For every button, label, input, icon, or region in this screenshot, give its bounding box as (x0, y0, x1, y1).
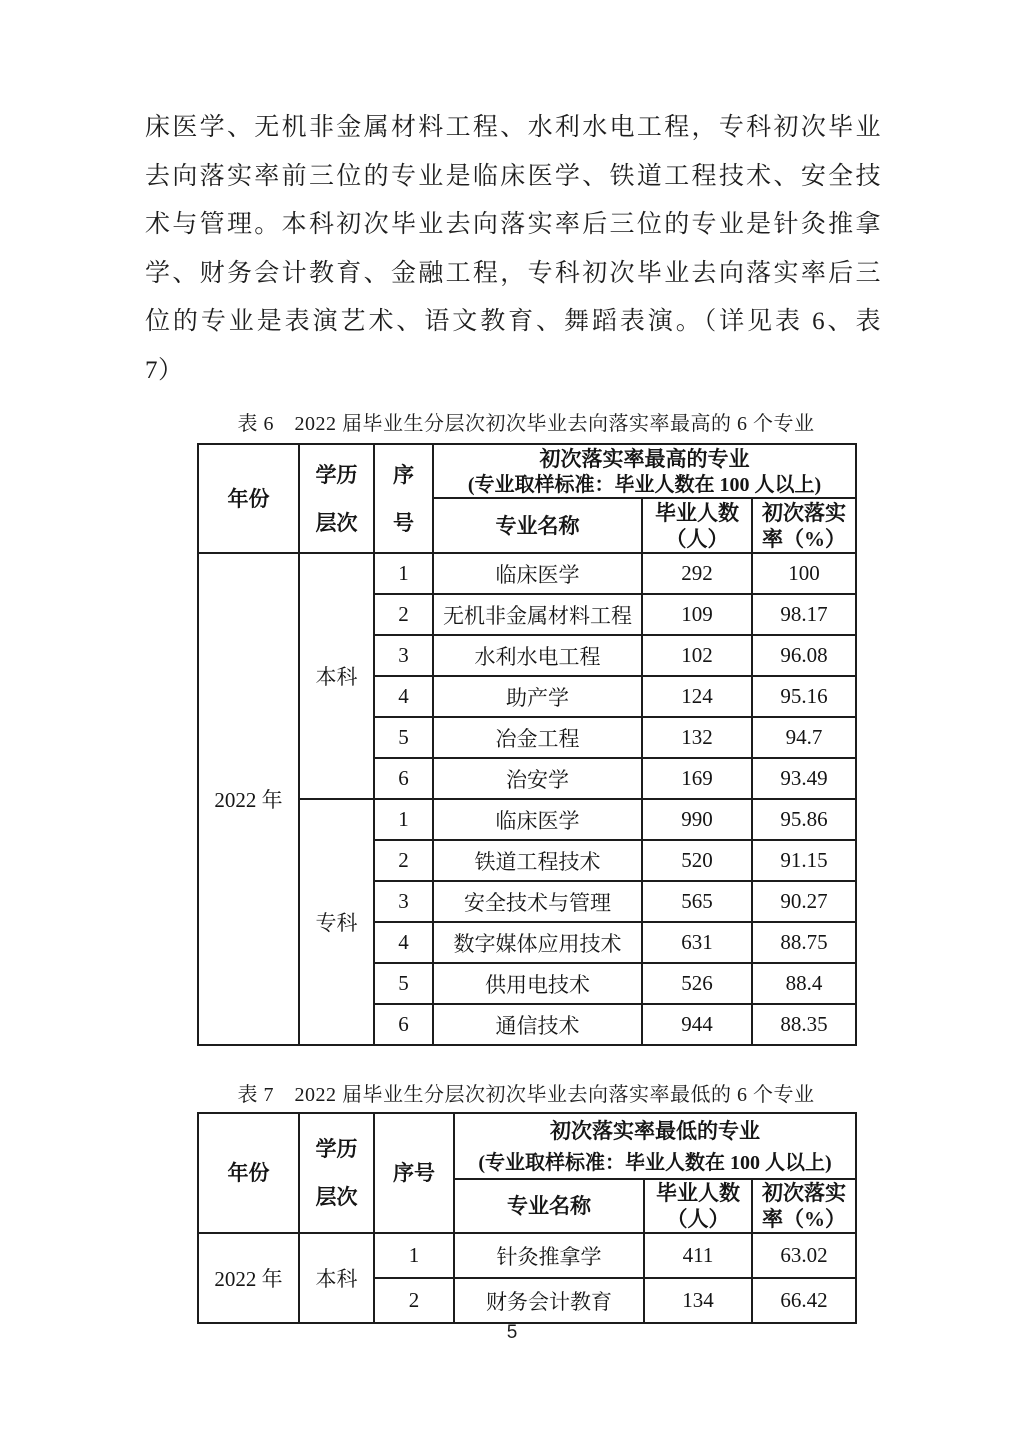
group-title-line: 初次落实率最低的专业 (455, 1114, 855, 1149)
cell-seq: 4 (374, 676, 433, 717)
table-7: 年份 学历 层次 序号 初次落实率最低的专业 (专业取样标准：毕业人数在 100… (197, 1112, 857, 1324)
header-group: 初次落实率最低的专业 (专业取样标准：毕业人数在 100 人以上) (454, 1113, 856, 1179)
cell-count: 102 (642, 635, 752, 676)
cell-seq: 3 (374, 635, 433, 676)
header-count: 毕业人数 （人） (644, 1179, 752, 1233)
cell-count: 520 (642, 840, 752, 881)
cell-count: 109 (642, 594, 752, 635)
cell-rate: 94.7 (752, 717, 856, 758)
table6-title: 表 6 2022 届毕业生分层次初次毕业去向落实率最高的 6 个专业 (197, 407, 855, 436)
table-row: 2022 年 本科 1 临床医学 292 100 (198, 553, 856, 594)
cell-seq: 1 (374, 553, 433, 594)
document-page: 床医学、无机非金属材料工程、水利水电工程，专科初次毕业 去向落实率前三位的专业是… (0, 0, 1024, 1448)
cell-major: 无机非金属材料工程 (433, 594, 642, 635)
cell-major: 数字媒体应用技术 (433, 922, 642, 963)
cell-major: 供用电技术 (433, 963, 642, 1004)
header-group: 初次落实率最高的专业 (专业取样标准：毕业人数在 100 人以上) (433, 444, 856, 498)
cell-count: 134 (644, 1278, 752, 1323)
cell-major: 临床医学 (433, 553, 642, 594)
cell-major: 临床医学 (433, 799, 642, 840)
cell-major: 通信技术 (433, 1004, 642, 1045)
header-level: 学历 层次 (299, 1113, 374, 1233)
header-level: 学历 层次 (299, 444, 374, 553)
header-seq: 序 号 (374, 444, 433, 553)
cell-major: 治安学 (433, 758, 642, 799)
header-major: 专业名称 (454, 1179, 644, 1233)
cell-count: 132 (642, 717, 752, 758)
cell-seq: 3 (374, 881, 433, 922)
cell-count: 565 (642, 881, 752, 922)
cell-rate: 95.86 (752, 799, 856, 840)
header-year: 年份 (198, 1113, 299, 1233)
header-count: 毕业人数 （人） (642, 498, 752, 553)
cell-year: 2022 年 (198, 553, 299, 1045)
cell-rate: 100 (752, 553, 856, 594)
cell-count: 169 (642, 758, 752, 799)
paragraph-line: 床医学、无机非金属材料工程、水利水电工程，专科初次毕业 (145, 104, 881, 153)
header-year: 年份 (198, 444, 299, 553)
cell-level: 本科 (299, 1233, 374, 1323)
header-seq: 序号 (374, 1113, 454, 1233)
cell-year: 2022 年 (198, 1233, 299, 1323)
cell-count: 292 (642, 553, 752, 594)
cell-rate: 90.27 (752, 881, 856, 922)
cell-seq: 2 (374, 1278, 454, 1323)
cell-count: 124 (642, 676, 752, 717)
paragraph-line: 7） (145, 347, 881, 396)
cell-rate: 93.49 (752, 758, 856, 799)
cell-level: 本科 (299, 553, 374, 799)
cell-major: 助产学 (433, 676, 642, 717)
cell-count: 944 (642, 1004, 752, 1045)
table-row: 2022 年 本科 1 针灸推拿学 411 63.02 (198, 1233, 856, 1278)
cell-rate: 96.08 (752, 635, 856, 676)
group-note-line: (专业取样标准：毕业人数在 100 人以上) (455, 1149, 855, 1178)
cell-rate: 88.35 (752, 1004, 856, 1045)
cell-seq: 2 (374, 840, 433, 881)
cell-seq: 6 (374, 1004, 433, 1045)
header-major: 专业名称 (433, 498, 642, 553)
cell-major: 针灸推拿学 (454, 1233, 644, 1278)
cell-rate: 95.16 (752, 676, 856, 717)
cell-seq: 6 (374, 758, 433, 799)
cell-rate: 88.4 (752, 963, 856, 1004)
cell-major: 财务会计教育 (454, 1278, 644, 1323)
body-paragraph: 床医学、无机非金属材料工程、水利水电工程，专科初次毕业 去向落实率前三位的专业是… (145, 104, 881, 395)
paragraph-line: 学、财务会计教育、金融工程，专科初次毕业去向落实率后三 (145, 250, 881, 299)
cell-seq: 5 (374, 963, 433, 1004)
cell-rate: 91.15 (752, 840, 856, 881)
cell-rate: 63.02 (752, 1233, 856, 1278)
paragraph-line: 去向落实率前三位的专业是临床医学、铁道工程技术、安全技 (145, 153, 881, 202)
cell-count: 526 (642, 963, 752, 1004)
cell-count: 631 (642, 922, 752, 963)
cell-level: 专科 (299, 799, 374, 1045)
group-note-line: (专业取样标准：毕业人数在 100 人以上) (434, 473, 855, 497)
header-rate: 初次落实 率（%） (752, 498, 856, 553)
cell-seq: 1 (374, 1233, 454, 1278)
paragraph-line: 术与管理。本科初次毕业去向落实率后三位的专业是针灸推拿 (145, 201, 881, 250)
header-rate: 初次落实 率（%） (752, 1179, 856, 1233)
cell-major: 安全技术与管理 (433, 881, 642, 922)
cell-seq: 4 (374, 922, 433, 963)
cell-seq: 1 (374, 799, 433, 840)
cell-rate: 88.75 (752, 922, 856, 963)
cell-count: 990 (642, 799, 752, 840)
paragraph-line: 位的专业是表演艺术、语文教育、舞蹈表演。（详见表 6、表 (145, 298, 881, 347)
group-title-line: 初次落实率最高的专业 (434, 445, 855, 473)
page-number: 5 (0, 1322, 1024, 1344)
cell-major: 冶金工程 (433, 717, 642, 758)
table7-title: 表 7 2022 届毕业生分层次初次毕业去向落实率最低的 6 个专业 (197, 1078, 855, 1107)
cell-rate: 98.17 (752, 594, 856, 635)
cell-seq: 5 (374, 717, 433, 758)
cell-major: 水利水电工程 (433, 635, 642, 676)
cell-rate: 66.42 (752, 1278, 856, 1323)
table-6: 年份 学历 层次 序 号 初次落实率最高的专业 (专业取样标准：毕业人数在 10… (197, 443, 857, 1046)
cell-seq: 2 (374, 594, 433, 635)
cell-count: 411 (644, 1233, 752, 1278)
cell-major: 铁道工程技术 (433, 840, 642, 881)
